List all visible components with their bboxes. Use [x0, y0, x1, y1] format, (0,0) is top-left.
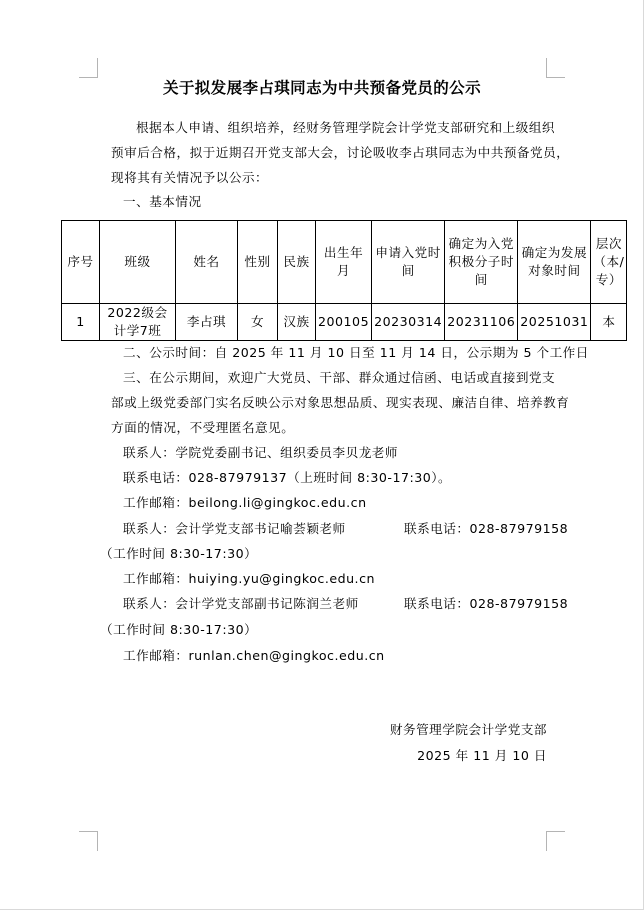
contact-3-email: 工作邮箱：runlan.chen@gingkoc.edu.cn	[123, 647, 548, 665]
section-3-line-3: 方面的情况，不受理匿名意见。	[111, 419, 548, 437]
header-index: 序号	[62, 221, 100, 304]
cell-level: 本	[591, 304, 627, 341]
cell-ethnicity: 汉族	[278, 304, 316, 341]
header-development-date: 确定为发展对象时间	[518, 221, 591, 304]
header-activist-date: 确定为入党积极分子时间	[445, 221, 518, 304]
margin-corner-mark-top-left	[79, 58, 98, 78]
intro-line-2: 预审后合格，拟于近期召开党支部大会，讨论吸收李占琪同志为中共预备党员，	[111, 144, 548, 162]
document-title: 关于拟发展李占琪同志为中共预备党员的公示	[0, 77, 644, 99]
cell-activist-date: 20231106	[445, 304, 518, 341]
contact-3-phone: 联系电话：028-87979158	[404, 595, 568, 613]
cell-name: 李占琪	[176, 304, 238, 341]
contact-1-phone: 联系电话：028-87979137（上班时间 8:30-17:30）。	[123, 469, 548, 487]
contact-2-phone: 联系电话：028-87979158	[404, 520, 568, 538]
cell-birth: 200105	[316, 304, 372, 341]
section-2-publicity-period: 二、公示时间：自 2025 年 11 月 10 日至 11 月 14 日，公示期…	[123, 344, 548, 362]
contact-2-hours: （工作时间 8:30-17:30）	[100, 545, 537, 563]
header-birth: 出生年月	[316, 221, 372, 304]
intro-line-1: 根据本人申请、组织培养，经财务管理学院会计学党支部研究和上级组织	[136, 119, 548, 137]
cell-gender: 女	[238, 304, 278, 341]
margin-corner-mark-bottom-left	[79, 831, 98, 851]
intro-line-3: 现将其有关情况予以公示：	[111, 169, 548, 187]
table-header-row: 序号 班级 姓名 性别 民族 出生年月 申请入党时间 确定为入党积极分子时间 确…	[62, 221, 627, 304]
contact-1-person: 联系人：学院党委副书记、组织委员李贝龙老师	[123, 444, 548, 462]
header-application-date: 申请入党时间	[372, 221, 445, 304]
header-name: 姓名	[176, 221, 238, 304]
cell-application-date: 20230314	[372, 304, 445, 341]
table-row: 1 2022级会计学7班 李占琪 女 汉族 200105 20230314 20…	[62, 304, 627, 341]
cell-class: 2022级会计学7班	[100, 304, 176, 341]
cell-index: 1	[62, 304, 100, 341]
signature-date: 2025 年 11 月 10 日	[417, 747, 547, 765]
header-class: 班级	[100, 221, 176, 304]
margin-corner-mark-top-right	[546, 58, 565, 78]
margin-corner-mark-bottom-right	[546, 831, 565, 851]
basic-info-table: 序号 班级 姓名 性别 民族 出生年月 申请入党时间 确定为入党积极分子时间 确…	[61, 220, 627, 341]
section-3-line-2: 部或上级党委部门实名反映公示对象思想品质、现实表现、廉洁自律、培养教育	[111, 394, 548, 412]
section-3-line-1: 三、在公示期间，欢迎广大党员、干部、群众通过信函、电话或直接到党支	[123, 369, 548, 387]
header-level: 层次（本/专）	[591, 221, 627, 304]
contact-2-email: 工作邮箱：huiying.yu@gingkoc.edu.cn	[123, 570, 548, 588]
contact-1-email: 工作邮箱：beilong.li@gingkoc.edu.cn	[123, 494, 548, 512]
header-ethnicity: 民族	[278, 221, 316, 304]
signature-organization: 财务管理学院会计学党支部	[390, 721, 547, 739]
section-1-heading: 一、基本情况	[123, 193, 548, 211]
header-gender: 性别	[238, 221, 278, 304]
cell-development-date: 20251031	[518, 304, 591, 341]
contact-3-hours: （工作时间 8:30-17:30）	[100, 621, 537, 639]
